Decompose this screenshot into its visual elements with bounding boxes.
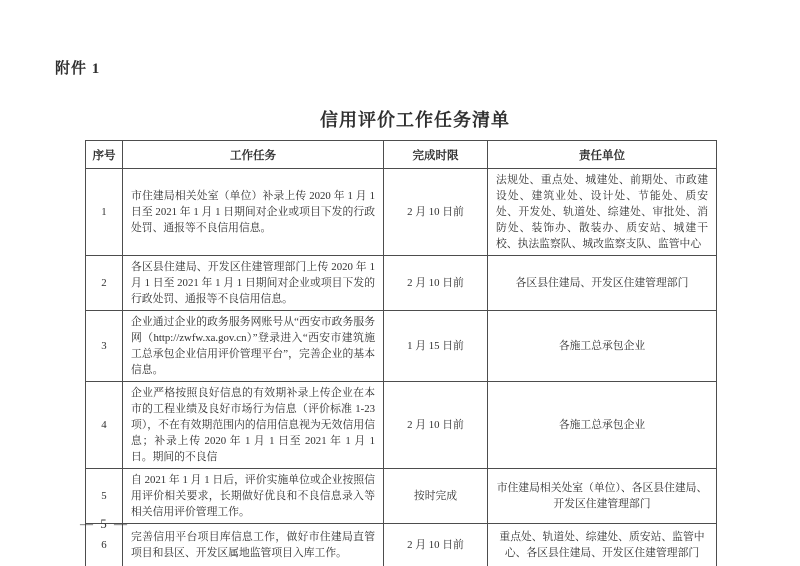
- task-table: 序号 工作任务 完成时限 责任单位 1 市住建局相关处室（单位）补录上传 202…: [85, 140, 717, 566]
- deadline-cell: 2 月 10 日前: [384, 524, 488, 566]
- unit-cell: 法规处、重点处、城建处、前期处、市政建设处、建筑业处、设计处、节能处、质安处、开…: [488, 169, 717, 256]
- deadline-cell: 2 月 10 日前: [384, 382, 488, 469]
- task-cell: 企业通过企业的政务服务网账号从“西安市政务服务网（http://zwfw.xa.…: [123, 311, 384, 382]
- row-number-cell: 4: [86, 382, 123, 469]
- task-cell: 市住建局相关处室（单位）补录上传 2020 年 1 月 1 日至 2021 年 …: [123, 169, 384, 256]
- header-unit: 责任单位: [488, 141, 717, 169]
- deadline-cell: 2 月 10 日前: [384, 256, 488, 311]
- header-no: 序号: [86, 141, 123, 169]
- unit-cell: 各施工总承包企业: [488, 382, 717, 469]
- row-number-cell: 2: [86, 256, 123, 311]
- row-number-cell: 3: [86, 311, 123, 382]
- unit-cell: 重点处、轨道处、综建处、质安站、监管中心、各区县住建局、开发区住建管理部门: [488, 524, 717, 566]
- table-header-row: 序号 工作任务 完成时限 责任单位: [86, 141, 717, 169]
- task-cell: 完善信用平台项目库信息工作，做好市住建局直管项目和县区、开发区属地监管项目入库工…: [123, 524, 384, 566]
- header-deadline: 完成时限: [384, 141, 488, 169]
- table-row: 1 市住建局相关处室（单位）补录上传 2020 年 1 月 1 日至 2021 …: [86, 169, 717, 256]
- unit-cell: 各施工总承包企业: [488, 311, 717, 382]
- page-number: — 5 —: [80, 516, 129, 532]
- unit-cell: 市住建局相关处室（单位）、各区县住建局、开发区住建管理部门: [488, 469, 717, 524]
- document-page: 附件 1 信用评价工作任务清单 序号 工作任务 完成时限 责任单位 1 市住建局…: [0, 0, 800, 566]
- unit-cell: 各区县住建局、开发区住建管理部门: [488, 256, 717, 311]
- table-row: 4 企业严格按照良好信息的有效期补录上传企业在本市的工程业绩及良好市场行为信息（…: [86, 382, 717, 469]
- task-cell: 企业严格按照良好信息的有效期补录上传企业在本市的工程业绩及良好市场行为信息（评价…: [123, 382, 384, 469]
- deadline-cell: 2 月 10 日前: [384, 169, 488, 256]
- table-row: 5 自 2021 年 1 月 1 日后，评价实施单位或企业按照信用评价相关要求，…: [86, 469, 717, 524]
- task-cell: 自 2021 年 1 月 1 日后，评价实施单位或企业按照信用评价相关要求，长期…: [123, 469, 384, 524]
- deadline-cell: 按时完成: [384, 469, 488, 524]
- row-number-cell: 1: [86, 169, 123, 256]
- attachment-label: 附件 1: [55, 57, 100, 78]
- table-row: 2 各区县住建局、开发区住建管理部门上传 2020 年 1 月 1 日至 202…: [86, 256, 717, 311]
- deadline-cell: 1 月 15 日前: [384, 311, 488, 382]
- table-row: 6 完善信用平台项目库信息工作，做好市住建局直管项目和县区、开发区属地监管项目入…: [86, 524, 717, 566]
- table-row: 3 企业通过企业的政务服务网账号从“西安市政务服务网（http://zwfw.x…: [86, 311, 717, 382]
- header-task: 工作任务: [123, 141, 384, 169]
- task-cell: 各区县住建局、开发区住建管理部门上传 2020 年 1 月 1 日至 2021 …: [123, 256, 384, 311]
- page-title: 信用评价工作任务清单: [85, 106, 745, 132]
